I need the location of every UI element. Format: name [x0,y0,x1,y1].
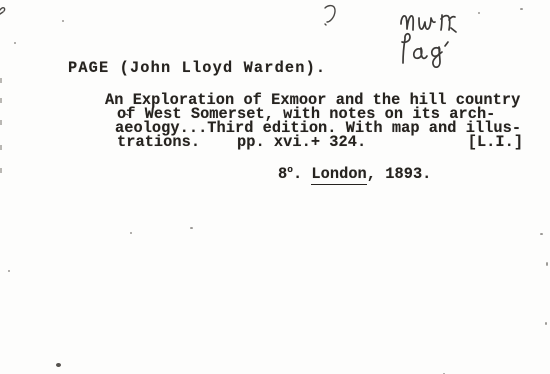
speck [540,233,543,235]
title-line-4: trations. pp. xvi.+ 324. [L.I.] [117,135,523,150]
speck [62,20,64,22]
edge-dash [0,98,2,103]
speck [190,227,193,229]
speck [8,270,10,272]
corner-pen-mark [322,3,342,27]
format-numeral: 8 [278,165,287,183]
imprint-date: , 1893. [367,165,432,183]
edge-dash [0,168,2,173]
speck [520,8,523,10]
scan-corner-scratch [0,3,16,19]
catalogue-card: PAGE (John Lloyd Warden). An Exploration… [0,0,550,374]
handwritten-abbrev [396,31,462,71]
imprint-place: London [311,165,366,185]
imprint-separator: . [293,165,311,183]
speck [546,262,548,266]
author-heading: PAGE (John Lloyd Warden). [68,61,326,76]
speck [56,363,61,367]
imprint-line: 8o. London, 1893. [278,165,431,182]
edge-dash [0,78,2,83]
speck [130,232,132,234]
circumflex-correction-mark: ˆ [120,112,131,127]
speck [14,42,16,44]
edge-dash [0,120,2,125]
speck [478,12,480,14]
edge-dash [0,145,2,150]
speck [545,322,547,325]
